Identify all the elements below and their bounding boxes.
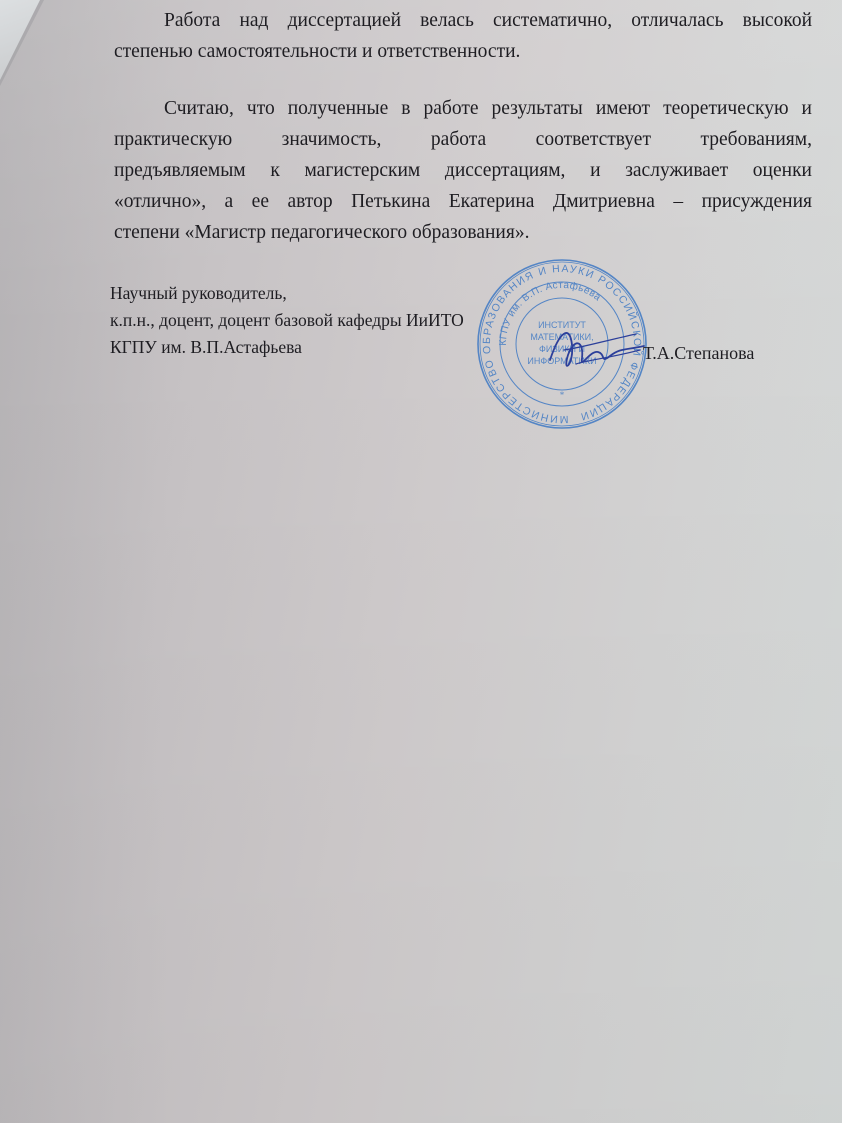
paragraph-work-assessment: Работа над диссертацией велась системати… bbox=[114, 5, 812, 67]
signer-role: Научный руководитель, bbox=[110, 280, 464, 307]
text-line: практическую значимость, работа соответс… bbox=[114, 124, 812, 155]
text-line: Работа над диссертацией велась системати… bbox=[114, 5, 812, 36]
signer-institution: КГПУ им. В.П.Астафьева bbox=[110, 334, 464, 361]
text-line: степени «Магистр педагогического образов… bbox=[114, 217, 812, 248]
paragraph-conclusion: Считаю, что полученные в работе результа… bbox=[114, 93, 812, 248]
text-line: предъявляемым к магистерским диссертация… bbox=[114, 155, 812, 186]
svg-text:*: * bbox=[560, 390, 565, 400]
handwritten-signature-icon bbox=[540, 320, 650, 380]
text-line: Считаю, что полученные в работе результа… bbox=[114, 93, 812, 124]
signer-position: к.п.н., доцент, доцент базовой кафедры И… bbox=[110, 307, 464, 334]
text-line: степенью самостоятельности и ответственн… bbox=[114, 36, 812, 67]
signer-name: Т.А.Степанова bbox=[643, 343, 754, 364]
text-line: «отлично», а ее автор Петькина Екатерина… bbox=[114, 186, 812, 217]
page-corner-fold bbox=[0, 0, 40, 80]
signature-block: Научный руководитель, к.п.н., доцент, до… bbox=[110, 280, 464, 361]
